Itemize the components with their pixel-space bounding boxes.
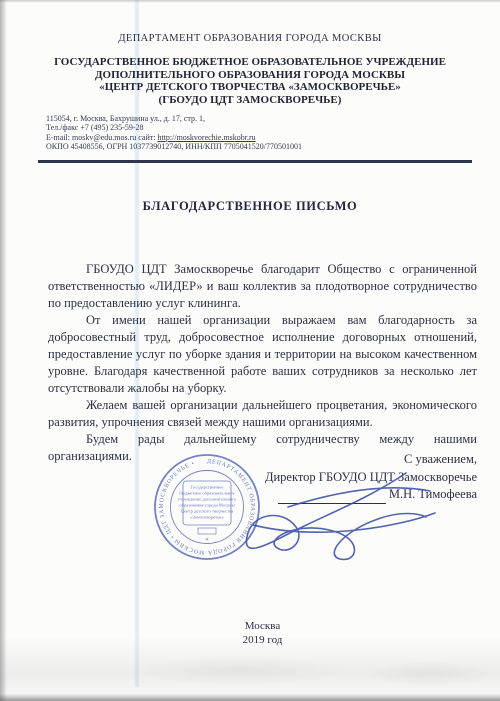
- org-line: (ГБОУДО ЦДТ ЗАМОСКВОРЕЧЬЕ): [0, 94, 500, 107]
- stamp-center-line: образования города Москвы: [179, 503, 234, 508]
- site-url: http://moskvorechie.mskobr.ru: [157, 133, 255, 142]
- footer-year: 2019 год: [48, 633, 477, 647]
- letterhead-divider-rule: [38, 160, 472, 163]
- scan-noise-blob: [130, 655, 350, 685]
- letterhead-department: ДЕПАРТАМЕНТ ОБРАЗОВАНИЯ ГОРОДА МОСКВЫ: [0, 33, 500, 44]
- body-paragraph: Желаем вашей организации дальнейшего про…: [48, 397, 477, 431]
- letterhead-organization: ГОСУДАРСТВЕННОЕ БЮДЖЕТНОЕ ОБРАЗОВАТЕЛЬНО…: [0, 56, 500, 106]
- org-line: «ЦЕНТР ДЕТСКОГО ТВОРЧЕСТВА «ЗАМОСКВОРЕЧЬ…: [0, 81, 500, 94]
- contact-codes: ОКПО 45408556, ОГРН 1037739012740, ИНН/К…: [46, 142, 302, 151]
- handwritten-signature: [228, 461, 473, 573]
- org-line: ДОПОЛНИТЕЛЬНОГО ОБРАЗОВАНИЯ ГОРОДА МОСКВ…: [0, 69, 500, 82]
- stamp-center-line: Государственное: [191, 485, 224, 490]
- scanned-letter-page: ДЕПАРТАМЕНТ ОБРАЗОВАНИЯ ГОРОДА МОСКВЫ ГО…: [0, 0, 500, 701]
- svg-text:✳: ✳: [205, 537, 209, 543]
- stamp-center-line: Центр детского творчества: [181, 509, 234, 514]
- contact-phone: Тел./факс +7 (495) 235-59-28: [46, 123, 302, 132]
- stamp-center-line: «Замоскворечье»: [190, 515, 224, 520]
- letter-title: БЛАГОДАРСТВЕННОЕ ПИСЬМО: [0, 199, 500, 214]
- scan-noise-blob: [360, 660, 500, 686]
- letterhead-contact-block: 115054, г. Москва, Бахрушина ул., д. 17,…: [46, 114, 302, 152]
- contact-address: 115054, г. Москва, Бахрушина ул., д. 17,…: [46, 114, 302, 123]
- scan-edge-top: [0, 0, 500, 3]
- scan-edge-bottom: [0, 694, 500, 701]
- stamp-center-line: бюджетное образовательное: [179, 491, 234, 496]
- footer-city: Москва: [48, 619, 477, 633]
- body-paragraph: ГБОУДО ЦДТ Замоскворечье благодарит Обще…: [48, 261, 477, 312]
- letter-body: ГБОУДО ЦДТ Замоскворечье благодарит Обще…: [48, 261, 477, 465]
- org-line: ГОСУДАРСТВЕННОЕ БЮДЖЕТНОЕ ОБРАЗОВАТЕЛЬНО…: [0, 56, 500, 69]
- letter-footer: Москва 2019 год: [48, 619, 477, 647]
- body-paragraph: От имени нашей организации выражаем вам …: [48, 312, 477, 397]
- contact-email-site: E-mail: moskv@edu.mos.ru сайт: http://mo…: [46, 133, 302, 142]
